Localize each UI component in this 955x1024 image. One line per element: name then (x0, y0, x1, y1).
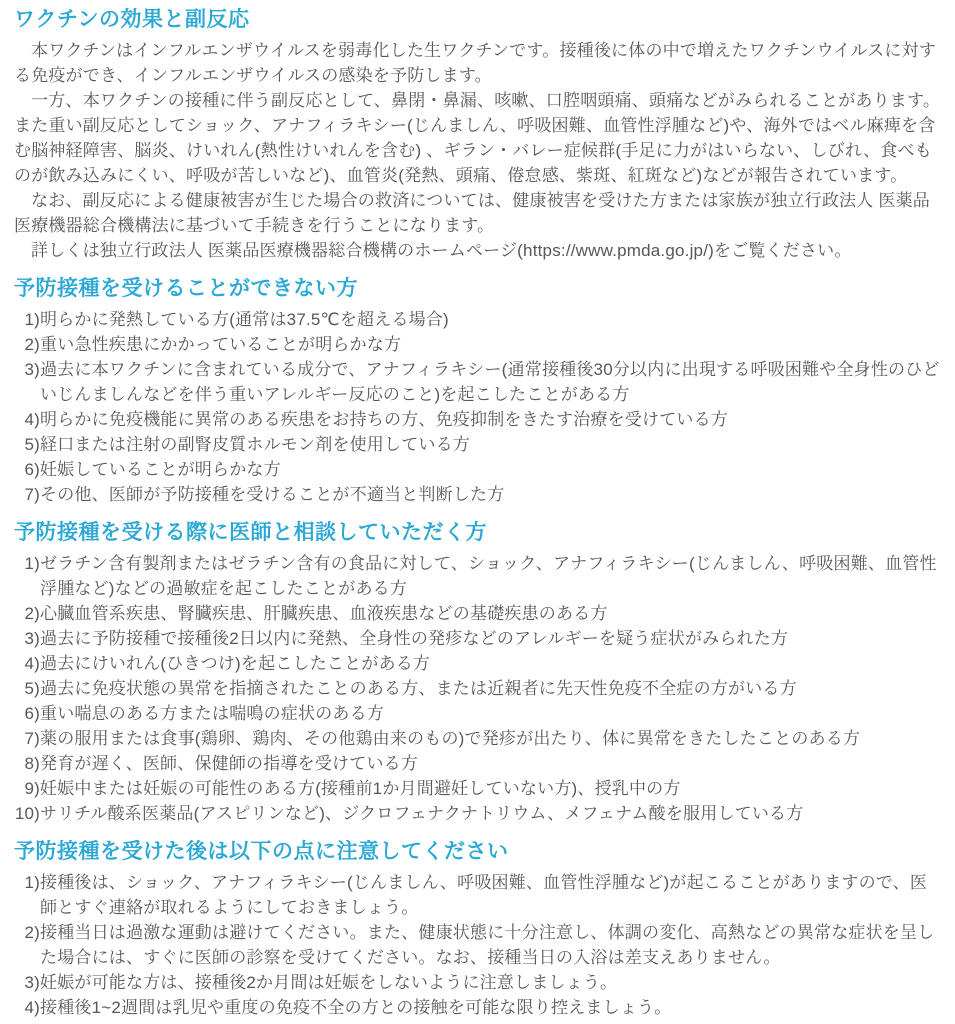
item-text: 妊娠していることが明らかな方 (40, 457, 941, 482)
section-heading: 予防接種を受けた後は以下の点に注意してください (14, 840, 941, 864)
item-number: 3) (14, 626, 40, 651)
list-item: 5)過去に免疫状態の異常を指摘されたことのある方、または近親者に先天性免疫不全症… (14, 676, 941, 701)
list-item: 4)接種後1~2週間は乳児や重度の免疫不全の方との接触を可能な限り控えましょう。 (14, 995, 941, 1020)
item-number: 6) (14, 457, 40, 482)
list-item: 8)発育が遅く、医師、保健師の指導を受けている方 (14, 751, 941, 776)
section-heading: ワクチンの効果と副反応 (14, 8, 941, 32)
paragraph: 一方、本ワクチンの接種に伴う副反応として、鼻閉・鼻漏、咳嗽、口腔咽頭痛、頭痛など… (14, 88, 941, 188)
item-number: 9) (14, 776, 40, 801)
item-text: その他、医師が予防接種を受けることが不適当と判断した方 (40, 482, 941, 507)
list-item: 1)ゼラチン含有製剤またはゼラチン含有の食品に対して、ショック、アナフィラキシー… (14, 551, 941, 601)
item-number: 7) (14, 726, 40, 751)
list-item: 7)薬の服用または食事(鶏卵、鶏肉、その他鶏由来のもの)で発疹が出たり、体に異常… (14, 726, 941, 751)
item-number: 1) (14, 551, 40, 601)
item-text: 心臓血管系疾患、腎臓疾患、肝臓疾患、血液疾患などの基礎疾患のある方 (40, 601, 941, 626)
item-text: 妊娠中または妊娠の可能性のある方(接種前1か月間避妊していない方)、授乳中の方 (40, 776, 941, 801)
item-text: 接種当日は過激な運動は避けてください。また、健康状態に十分注意し、体調の変化、高… (40, 920, 941, 970)
list-item: 3)妊娠が可能な方は、接種後2か月間は妊娠をしないように注意しましょう。 (14, 970, 941, 995)
item-text: 経口または注射の副腎皮質ホルモン剤を使用している方 (40, 432, 941, 457)
section-vaccine-effects: ワクチンの効果と副反応 本ワクチンはインフルエンザウイルスを弱毒化した生ワクチン… (14, 8, 941, 263)
item-text: サリチル酸系医薬品(アスピリンなど)、ジクロフェナクナトリウム、メフェナム酸を服… (40, 801, 941, 826)
list-item: 10)サリチル酸系医薬品(アスピリンなど)、ジクロフェナクナトリウム、メフェナム… (14, 801, 941, 826)
item-number: 5) (14, 432, 40, 457)
list-item: 1)接種後は、ショック、アナフィラキシー(じんましん、呼吸困難、血管性浮腫など)… (14, 870, 941, 920)
item-number: 4) (14, 651, 40, 676)
item-text: 妊娠が可能な方は、接種後2か月間は妊娠をしないように注意しましょう。 (40, 970, 941, 995)
list-item: 2)重い急性疾患にかかっていることが明らかな方 (14, 332, 941, 357)
list-item: 4)明らかに免疫機能に異常のある疾患をお持ちの方、免疫抑制をきたす治療を受けてい… (14, 407, 941, 432)
list-item: 7)その他、医師が予防接種を受けることが不適当と判断した方 (14, 482, 941, 507)
item-number: 3) (14, 970, 40, 995)
list-item: 9)妊娠中または妊娠の可能性のある方(接種前1か月間避妊していない方)、授乳中の… (14, 776, 941, 801)
item-text: 過去に本ワクチンに含まれている成分で、アナフィラキシー(通常接種後30分以内に出… (40, 357, 941, 407)
item-number: 3) (14, 357, 40, 407)
item-number: 5) (14, 676, 40, 701)
item-number: 10) (14, 801, 40, 826)
item-text: 重い喘息のある方または喘鳴の症状のある方 (40, 701, 941, 726)
item-number: 4) (14, 995, 40, 1020)
list-item: 3)過去に本ワクチンに含まれている成分で、アナフィラキシー(通常接種後30分以内… (14, 357, 941, 407)
item-text: ゼラチン含有製剤またはゼラチン含有の食品に対して、ショック、アナフィラキシー(じ… (40, 551, 941, 601)
item-text: 明らかに発熱している方(通常は37.5℃を超える場合) (40, 307, 941, 332)
item-text: 過去に予防接種で接種後2日以内に発熱、全身性の発疹などのアレルギーを疑う症状がみ… (40, 626, 941, 651)
document-page: ワクチンの効果と副反応 本ワクチンはインフルエンザウイルスを弱毒化した生ワクチン… (0, 0, 955, 1020)
item-text: 過去に免疫状態の異常を指摘されたことのある方、または近親者に先天性免疫不全症の方… (40, 676, 941, 701)
paragraph: 本ワクチンはインフルエンザウイルスを弱毒化した生ワクチンです。接種後に体の中で増… (14, 38, 941, 88)
list-item: 3)過去に予防接種で接種後2日以内に発熱、全身性の発疹などのアレルギーを疑う症状… (14, 626, 941, 651)
numbered-list: 1)明らかに発熱している方(通常は37.5℃を超える場合) 2)重い急性疾患にか… (14, 307, 941, 507)
item-text: 接種後1~2週間は乳児や重度の免疫不全の方との接触を可能な限り控えましょう。 (40, 995, 941, 1020)
item-number: 4) (14, 407, 40, 432)
list-item: 2)接種当日は過激な運動は避けてください。また、健康状態に十分注意し、体調の変化… (14, 920, 941, 970)
item-number: 1) (14, 870, 40, 920)
item-number: 2) (14, 920, 40, 970)
item-text: 薬の服用または食事(鶏卵、鶏肉、その他鶏由来のもの)で発疹が出たり、体に異常をき… (40, 726, 941, 751)
section-cannot-vaccinate: 予防接種を受けることができない方 1)明らかに発熱している方(通常は37.5℃を… (14, 277, 941, 507)
list-item: 1)明らかに発熱している方(通常は37.5℃を超える場合) (14, 307, 941, 332)
item-number: 2) (14, 332, 40, 357)
numbered-list: 1)ゼラチン含有製剤またはゼラチン含有の食品に対して、ショック、アナフィラキシー… (14, 551, 941, 826)
item-text: 明らかに免疫機能に異常のある疾患をお持ちの方、免疫抑制をきたす治療を受けている方 (40, 407, 941, 432)
list-item: 6)妊娠していることが明らかな方 (14, 457, 941, 482)
list-item: 6)重い喘息のある方または喘鳴の症状のある方 (14, 701, 941, 726)
paragraph-with-url: 詳しくは独立行政法人 医薬品医療機器総合機構のホームページ(https://ww… (14, 238, 941, 263)
item-text: 重い急性疾患にかかっていることが明らかな方 (40, 332, 941, 357)
item-number: 1) (14, 307, 40, 332)
numbered-list: 1)接種後は、ショック、アナフィラキシー(じんましん、呼吸困難、血管性浮腫など)… (14, 870, 941, 1020)
list-item: 5)経口または注射の副腎皮質ホルモン剤を使用している方 (14, 432, 941, 457)
list-item: 4)過去にけいれん(ひきつけ)を起こしたことがある方 (14, 651, 941, 676)
section-heading: 予防接種を受ける際に医師と相談していただく方 (14, 521, 941, 545)
item-text: 過去にけいれん(ひきつけ)を起こしたことがある方 (40, 651, 941, 676)
item-number: 6) (14, 701, 40, 726)
item-text: 接種後は、ショック、アナフィラキシー(じんましん、呼吸困難、血管性浮腫など)が起… (40, 870, 941, 920)
section-heading: 予防接種を受けることができない方 (14, 277, 941, 301)
list-item: 2)心臓血管系疾患、腎臓疾患、肝臓疾患、血液疾患などの基礎疾患のある方 (14, 601, 941, 626)
section-consult-doctor: 予防接種を受ける際に医師と相談していただく方 1)ゼラチン含有製剤またはゼラチン… (14, 521, 941, 826)
item-number: 7) (14, 482, 40, 507)
section-after-vaccination: 予防接種を受けた後は以下の点に注意してください 1)接種後は、ショック、アナフィ… (14, 840, 941, 1020)
item-text: 発育が遅く、医師、保健師の指導を受けている方 (40, 751, 941, 776)
item-number: 2) (14, 601, 40, 626)
paragraph: なお、副反応による健康被害が生じた場合の救済については、健康被害を受けた方または… (14, 188, 941, 238)
item-number: 8) (14, 751, 40, 776)
